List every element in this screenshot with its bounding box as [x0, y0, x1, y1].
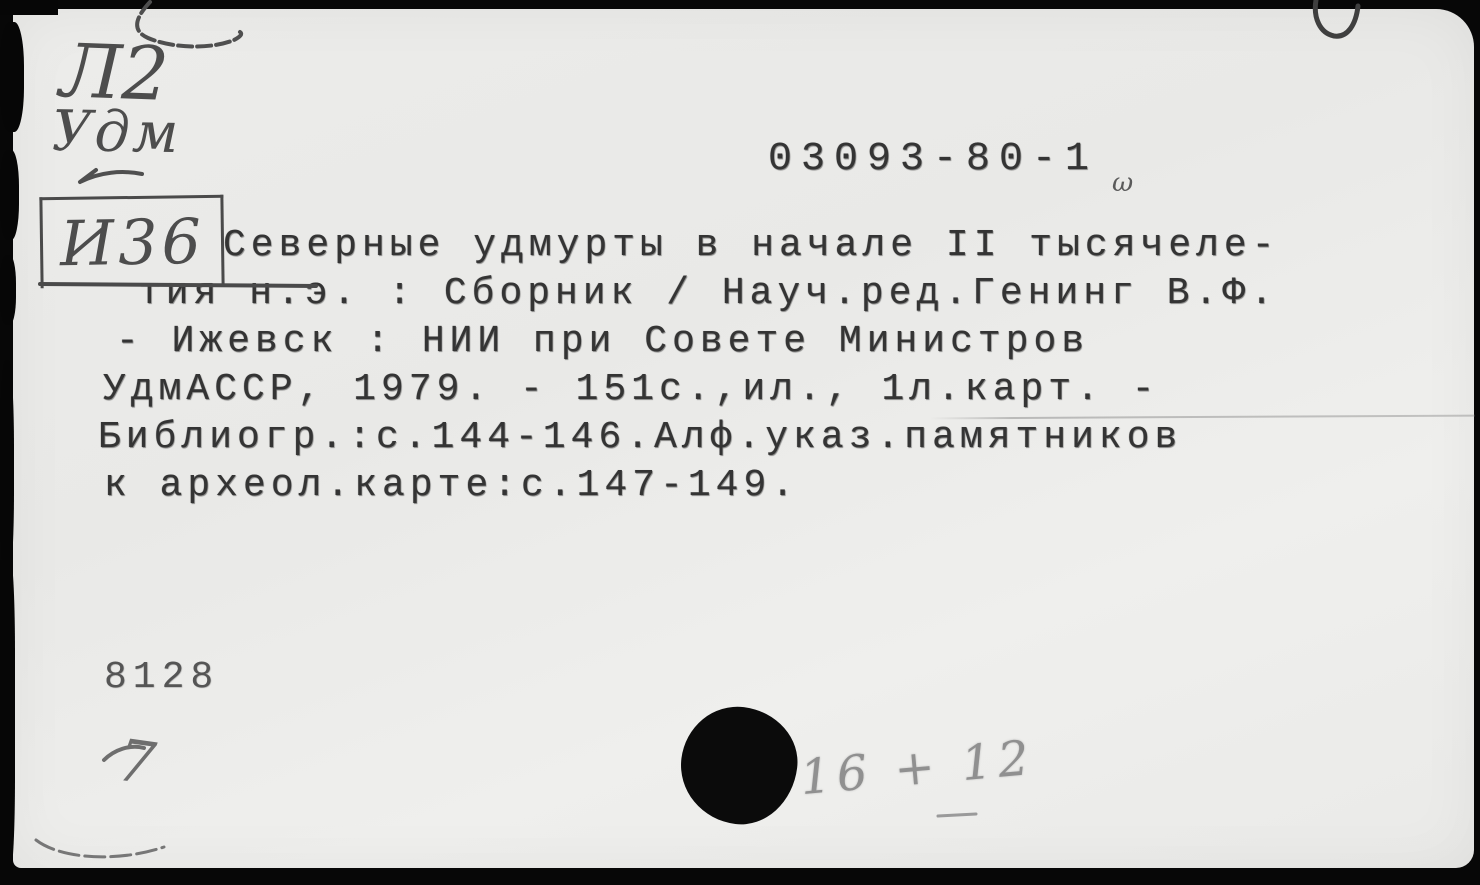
bib-entry-line: - Ижевск : НИИ при Совете Министров	[116, 320, 1089, 364]
shelf-code: И36	[59, 205, 205, 281]
bib-entry-line: УдмАССР, 1979. - 151с.,ил., 1л.карт. -	[103, 368, 1160, 412]
library-card-scan: Л2 Удм И36 03093-80-1 ω Северные удмурты…	[0, 0, 1480, 885]
scan-edge-blob	[0, 150, 19, 240]
accession-number: 8128	[104, 656, 219, 700]
bib-entry-line: тия н.э. : Сборник / Науч.ред.Генинг В.Ф…	[138, 272, 1278, 316]
scan-edge-blob	[0, 560, 15, 870]
scan-edge-blob	[0, 22, 24, 132]
scan-edge-blob	[0, 360, 14, 580]
bib-entry-line: к археол.карте:с.147-149.	[104, 464, 799, 508]
bib-entry-line: Северные удмурты в начале II тысячеле-	[223, 224, 1280, 268]
region-mark: Удм	[51, 99, 181, 166]
bib-entry-line: Библиогр.:с.144-146.Алф.указ.памятников	[98, 416, 1182, 460]
scan-edge-blob	[0, 0, 58, 15]
scan-edge-blob	[0, 255, 16, 325]
catalog-number-mark: ω	[1112, 168, 1133, 198]
catalog-number: 03093-80-1	[768, 138, 1098, 182]
